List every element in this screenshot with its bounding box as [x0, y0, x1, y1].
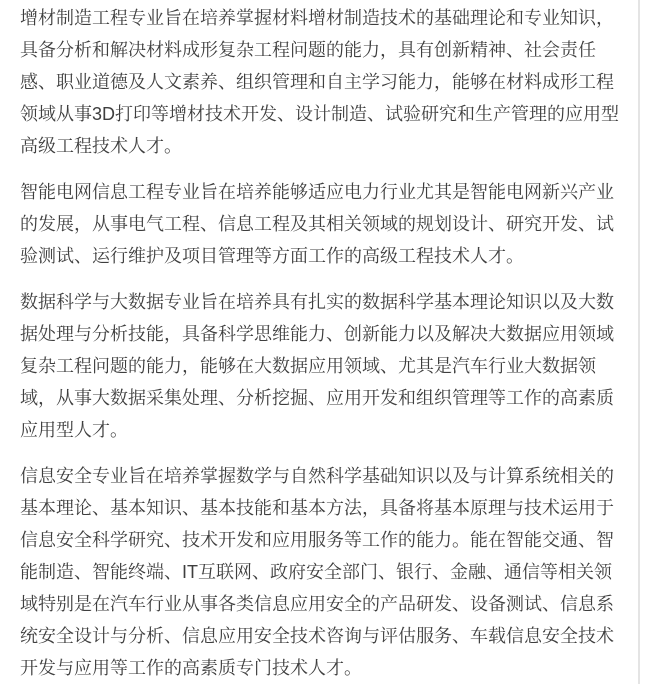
major-descriptions-article: 增材制造工程专业旨在培养掌握材料增材制造技术的基础理论和专业知识，具备分析和解决…: [0, 0, 646, 684]
paragraph-information-security: 信息安全专业旨在培养掌握数学与自然科学基础知识以及与计算系统相关的基本理论、基本…: [20, 460, 620, 684]
paragraph-additive-manufacturing: 增材制造工程专业旨在培养掌握材料增材制造技术的基础理论和专业知识，具备分析和解决…: [20, 2, 620, 162]
paragraph-smart-grid-information-engineering: 智能电网信息工程专业旨在培养能够适应电力行业尤其是智能电网新兴产业的发展，从事电…: [20, 176, 620, 272]
paragraph-data-science-big-data: 数据科学与大数据专业旨在培养具有扎实的数据科学基本理论知识以及大数据处理与分析技…: [20, 286, 620, 446]
right-divider: [638, 0, 640, 684]
